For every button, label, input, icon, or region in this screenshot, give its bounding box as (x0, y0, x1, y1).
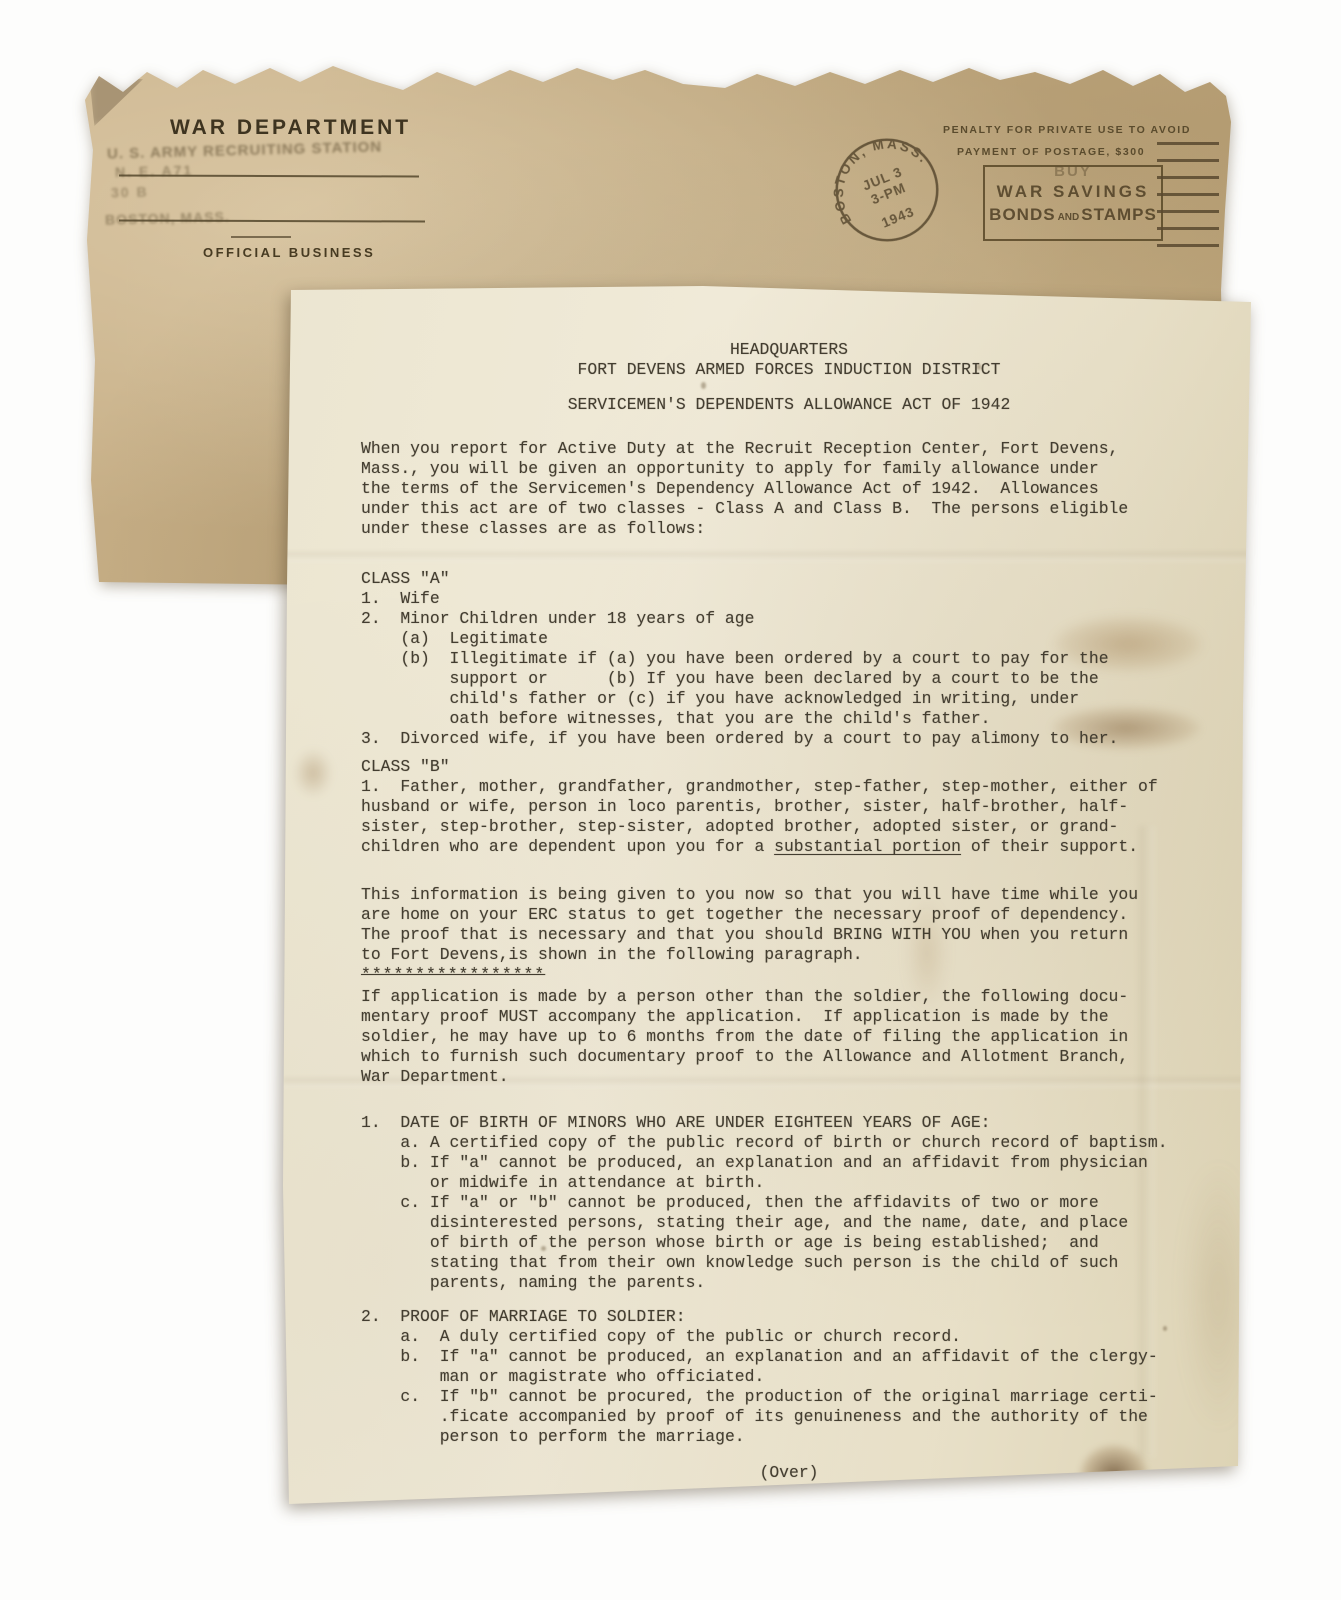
letter-page: HEADQUARTERS FORT DEVENS ARMED FORCES IN… (283, 286, 1255, 1508)
birth-proof-item: 1. DATE OF BIRTH OF MINORS WHO ARE UNDER… (361, 1113, 1217, 1293)
war-department-heading: WAR DEPARTMENT (170, 116, 411, 140)
letter-paper: HEADQUARTERS FORT DEVENS ARMED FORCES IN… (283, 286, 1255, 1508)
postmark-year: 1943 (879, 204, 916, 231)
slogan-word: STAMPS (1081, 205, 1157, 224)
asterisk-divider: ***************** (361, 965, 1217, 985)
class-b-text: of their support. (961, 837, 1138, 856)
killer-bars (1157, 142, 1219, 256)
return-address-stamp-line: U. S. ARMY RECRUITING STATION (107, 138, 382, 162)
intro-paragraph: When you report for Active Duty at the R… (361, 439, 1217, 539)
slogan-line: BONDSANDSTAMPS (985, 205, 1161, 225)
official-business-label: OFFICIAL BUSINESS (203, 245, 375, 260)
slogan-word: BONDS (989, 205, 1055, 224)
application-paragraph: If application is made by a person other… (361, 987, 1217, 1087)
return-address-stamp-line: 30 B (111, 184, 149, 201)
return-address-stamp-line: N. E. A71 (115, 162, 194, 180)
over-note: (Over) (361, 1463, 1217, 1483)
return-address-stamp-line: BOSTON, MASS. (105, 208, 230, 227)
torn-corner-fold (89, 74, 143, 126)
letter-body: HEADQUARTERS FORT DEVENS ARMED FORCES IN… (361, 340, 1217, 1483)
info-paragraph: This information is being given to you n… (361, 885, 1217, 965)
marriage-proof-item: 2. PROOF OF MARRIAGE TO SOLDIER: a. A du… (361, 1307, 1217, 1447)
slogan-line: BUY (985, 163, 1161, 180)
slogan-cancellation-box: BUY WAR SAVINGS BONDSANDSTAMPS (983, 165, 1163, 241)
letter-title: SERVICEMEN'S DEPENDENTS ALLOWANCE ACT OF… (361, 395, 1217, 415)
stain (293, 748, 333, 798)
address-divider-line (231, 236, 291, 238)
class-b-underlined-phrase: substantial portion (774, 837, 961, 856)
letter-subheading: FORT DEVENS ARMED FORCES INDUCTION DISTR… (361, 360, 1217, 380)
postmark-stamp: BOSTON, MASS. JUL 3 3-PM 1943 (811, 114, 962, 265)
class-a-section: CLASS "A" 1. Wife 2. Minor Children unde… (361, 569, 1217, 749)
photo-background: WAR DEPARTMENT U. S. ARMY RECRUITING STA… (0, 0, 1341, 1600)
penalty-line: PAYMENT OF POSTAGE, $300 (957, 146, 1145, 158)
class-b-section: CLASS "B" 1. Father, mother, grandfather… (361, 757, 1217, 857)
penalty-line: PENALTY FOR PRIVATE USE TO AVOID (943, 124, 1191, 136)
letter-heading: HEADQUARTERS (361, 340, 1217, 360)
slogan-line: WAR SAVINGS (985, 182, 1161, 202)
slogan-word: AND (1056, 212, 1082, 223)
